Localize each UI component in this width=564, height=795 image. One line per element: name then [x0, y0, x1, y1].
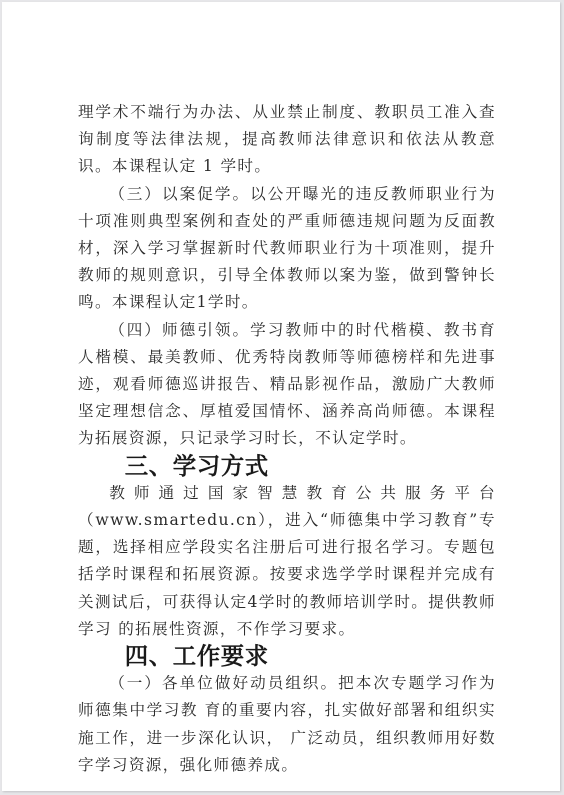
paragraph-legal-awareness-continued: 理学术不端行为办法、从业禁止制度、教职员工准入查询制度等法律法规，提高教师法律意…: [78, 99, 496, 181]
section-heading-learning-method: 三、学习方式: [78, 453, 496, 480]
document-body: 理学术不端行为办法、从业禁止制度、教职员工准入查询制度等法律法规，提高教师法律意…: [78, 99, 496, 779]
document-page: 理学术不端行为办法、从业禁止制度、教职员工准入查询制度等法律法规，提高教师法律意…: [2, 2, 560, 791]
paragraph-learning-method: 教师通过国家智慧教育公共服务平台（www.smartedu.cn），进入“师德集…: [78, 480, 496, 643]
paragraph-mobilization: （一）各单位做好动员组织。把本次专题学习作为师德集中学习教 育的重要内容，扎实做…: [78, 670, 496, 779]
paragraph-learn-by-cases: （三）以案促学。以公开曝光的违反教师职业行为十项准则典型案例和查处的严重师德违规…: [78, 181, 496, 317]
paragraph-ethics-leadership: （四）师德引领。学习教师中的时代楷模、教书育人楷模、最美教师、优秀特岗教师等师德…: [78, 317, 496, 453]
section-heading-work-requirements: 四、工作要求: [78, 643, 496, 670]
